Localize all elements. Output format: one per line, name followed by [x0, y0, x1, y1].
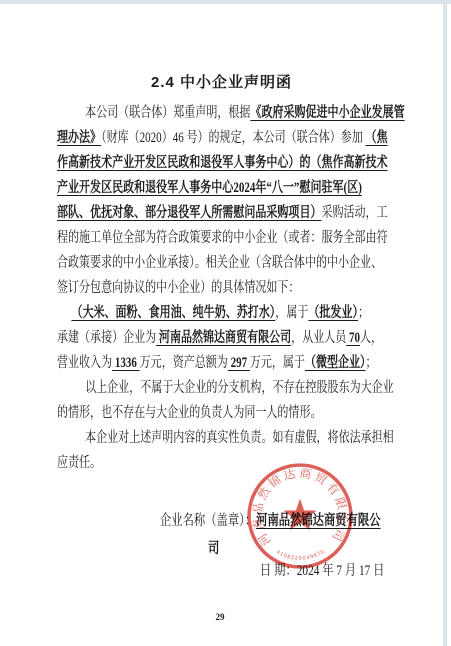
body-text: 人， — [360, 330, 382, 346]
seal-star-icon — [283, 499, 316, 530]
document-page: { "window": { "edge_color": "#dce4ea" },… — [0, 0, 451, 646]
body-text: 采购活动，工 — [321, 205, 387, 221]
body-text: 营业收入为 — [57, 355, 112, 371]
filled-blank-text: 理办法》 — [57, 130, 101, 146]
body-text: 万元，属于 — [250, 355, 305, 371]
body-text: （财库（2020）46 号）的规定，本公司（联合体）参加 — [101, 130, 365, 146]
filled-blank-text: （大米、面粉、食用油、纯牛奶、苏打水） — [71, 305, 275, 321]
text-line: （大米、面粉、食用油、纯牛奶、苏打水），属于（批发业）； — [57, 301, 399, 326]
body-text: 本公司（联合体）郑重声明，根据 — [85, 105, 250, 121]
page-number: 29 — [0, 612, 440, 622]
body-text: 签订分包意向协议的中小企业）的具体情况如下： — [57, 280, 299, 296]
filled-blank-text: 部队、优抚对象、部分退役军人所需慰问品采购项目） — [57, 205, 321, 221]
company-seal-stamp: 河南品然锦达商贸有限公司 4108220049870 — [246, 462, 354, 570]
text-line: 承建（承接）企业为 河南品然锦达商贸有限公司，从业人员 70人， — [57, 326, 399, 351]
body-text: ； — [358, 305, 369, 321]
body-text: 万元，资产总额为 — [140, 355, 228, 371]
text-line: 程的施工单位全部为符合政策要求的中小企业（或者：服务全部由符 — [57, 226, 399, 251]
filled-blank-text: 70 — [346, 330, 360, 346]
text-line: 部队、优抚对象、部分退役军人所需慰问品采购项目）采购活动，工 — [57, 201, 399, 226]
signature-company-line-wrap: 司 — [208, 540, 219, 558]
document-title: 2.4 中小企业声明函 — [0, 71, 443, 92]
filled-blank-text: 1336 — [112, 355, 140, 371]
window-edge-top — [0, 0, 451, 4]
filled-blank-text: 产业开发区民政和退役军人事务中心2024年“八一”慰问驻军(区) — [57, 180, 362, 196]
body-text: 承建（承接）企业为 — [57, 330, 156, 346]
body-text: ，从业人员 — [291, 330, 346, 346]
text-line: 以上企业，不属于大企业的分支机构，不存在控股股东为大企业 — [57, 376, 399, 401]
filled-blank-text: （焦 — [366, 130, 388, 146]
filled-blank-text: 《政府采购促进中小企业发展管 — [250, 105, 404, 121]
filled-blank-text: 河南品然锦达商贸有限公司 — [156, 330, 291, 346]
text-line: 的情形，也不存在与大企业的负责人为同一人的情形。 — [57, 401, 399, 426]
body-text: 以上企业，不属于大企业的分支机构，不存在控股股东为大企业 — [85, 380, 394, 396]
filled-blank-text: （微型企业） — [305, 355, 366, 371]
body-text: 应责任。 — [57, 455, 101, 471]
text-line: 产业开发区民政和退役军人事务中心2024年“八一”慰问驻军(区) — [57, 176, 399, 201]
body-text: 本企业对上述声明内容的真实性负责。如有虚假，将依法承担相 — [85, 430, 394, 446]
text-line: 作高新技术产业开发区民政和退役军人事务中心）的（焦作高新技术 — [57, 151, 399, 176]
body-text: ，属于 — [275, 305, 308, 321]
text-line: 营业收入为 1336 万元，资产总额为 297 万元，属于（微型企业）； — [57, 351, 399, 376]
window-edge-right — [443, 0, 447, 646]
body-text: 的情形，也不存在与大企业的负责人为同一人的情形。 — [57, 405, 321, 421]
body-text: 程的施工单位全部为符合政策要求的中小企业（或者：服务全部由符 — [57, 230, 388, 246]
filled-blank-text: 作高新技术产业开发区民政和退役军人事务中心）的（焦作高新技术 — [57, 155, 388, 171]
filled-blank-text: （批发业） — [308, 305, 358, 321]
body-text: 合政策要求的中小企业承接）。相关企业（含联合体中的中小企业、 — [57, 255, 382, 271]
text-line: 签订分包意向协议的中小企业）的具体情况如下： — [57, 276, 399, 301]
text-line: 合政策要求的中小企业承接）。相关企业（含联合体中的中小企业、 — [57, 251, 399, 276]
filled-blank-text: 297 — [228, 355, 250, 371]
text-line: 本企业对上述声明内容的真实性负责。如有虚假，将依法承担相 — [57, 426, 399, 451]
seal-serial-text: 4108220049870 — [275, 549, 325, 562]
company-seal-label: 企业名称（盖章）： — [160, 513, 256, 529]
text-line: 理办法》（财库（2020）46 号）的规定，本公司（联合体）参加 （焦 — [57, 126, 399, 151]
document-body: 本公司（联合体）郑重声明，根据《政府采购促进中小企业发展管理办法》（财库（202… — [57, 101, 399, 476]
body-text: ； — [366, 355, 377, 371]
text-line: 本公司（联合体）郑重声明，根据《政府采购促进中小企业发展管 — [57, 101, 399, 126]
